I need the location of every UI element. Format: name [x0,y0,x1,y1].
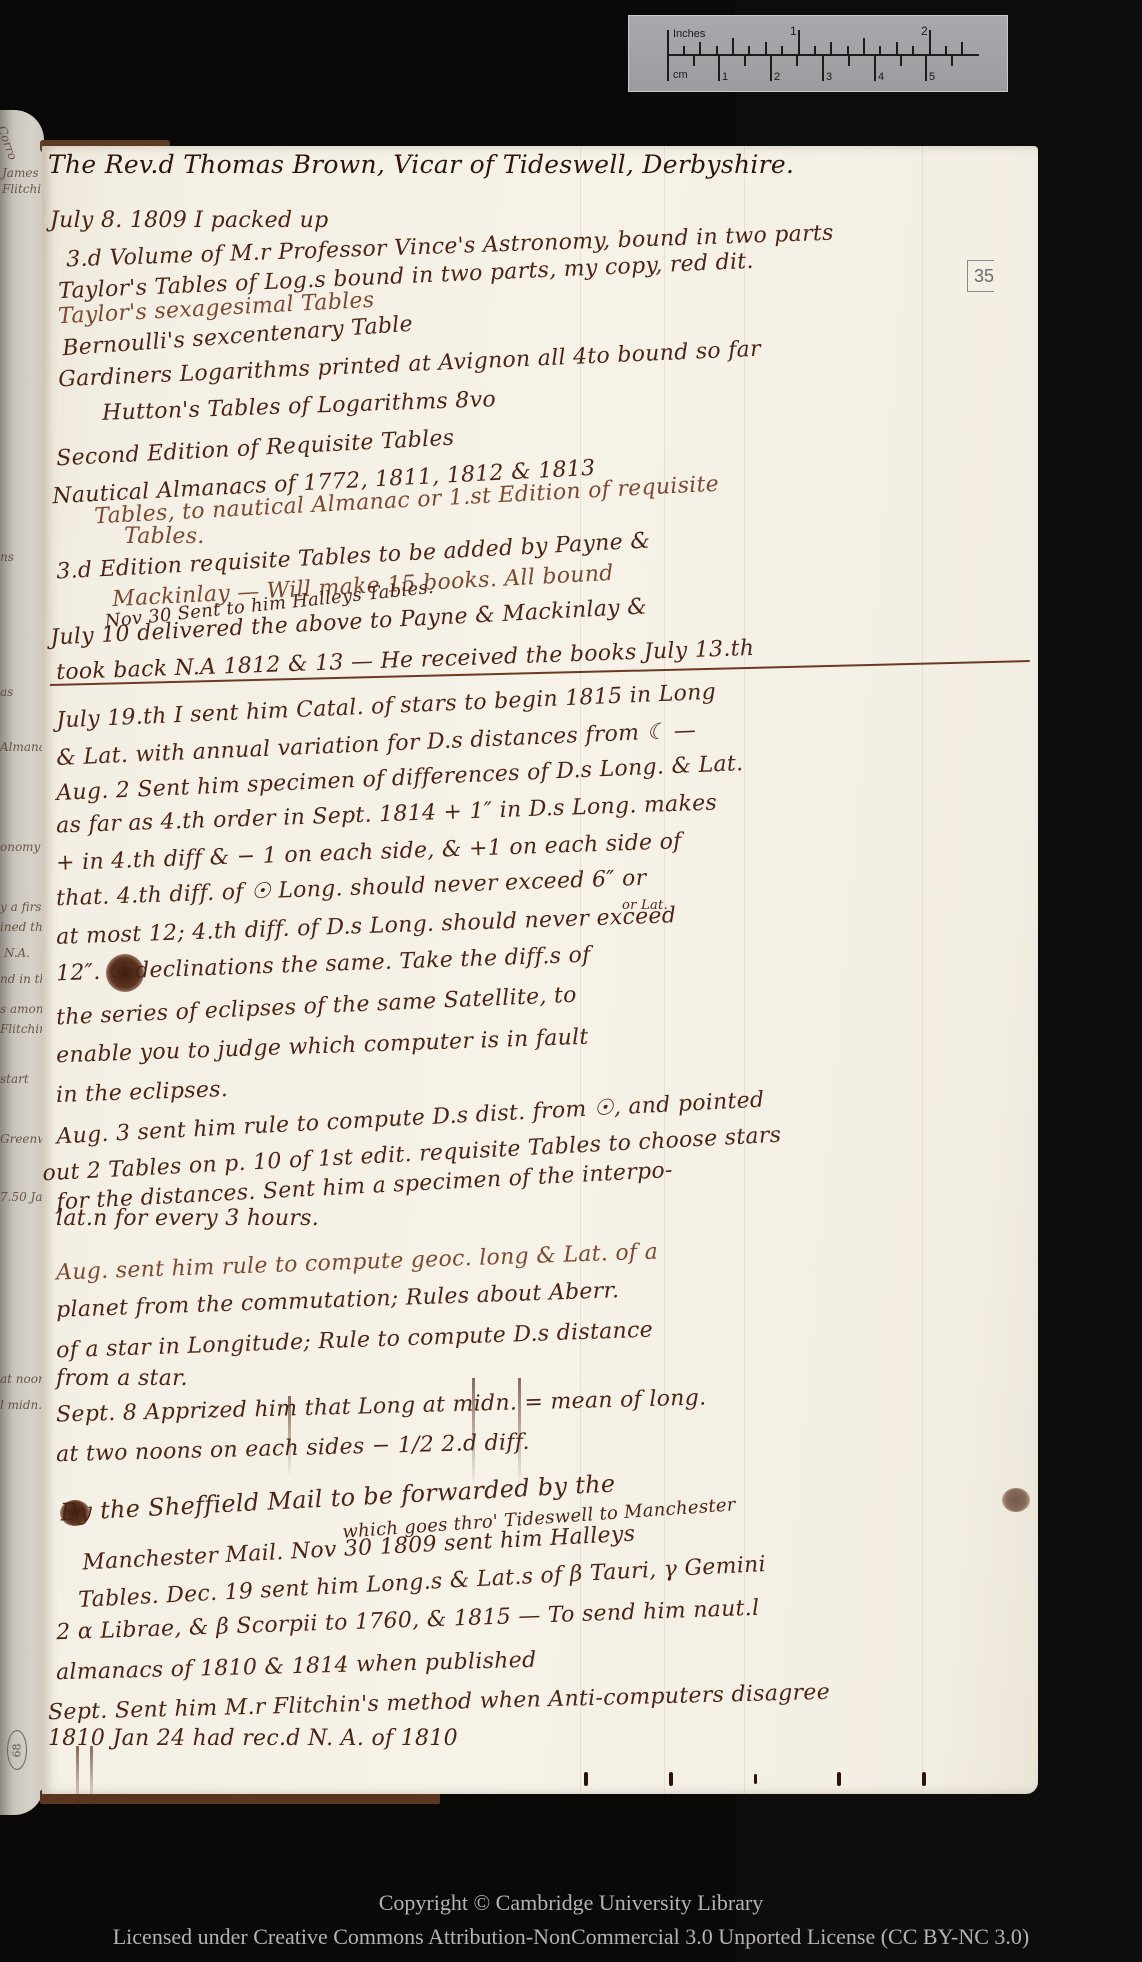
ink-drip [90,1746,93,1806]
folio-number: 35 [967,260,994,292]
manuscript-line: from a star. [56,1366,188,1391]
manuscript-line: lat.n for every 3 hours. [56,1206,319,1231]
manuscript-line: Tables. [124,524,205,549]
ink-mark [837,1772,841,1786]
ink-drip [288,1396,291,1476]
ruler-cm-label: cm [673,70,688,81]
ink-mark [584,1772,588,1786]
manuscript-line: Sept. Sent him M.r Flitchin's method whe… [48,1680,831,1725]
ruler-cm-mark: 1 [722,72,728,83]
ink-blot [1002,1488,1030,1512]
margin-fragment: at noon [0,1372,46,1386]
margin-fragment: N.A. [4,946,30,960]
ink-drip [76,1746,79,1816]
page-heading: The Rev.d Thomas Brown, Vicar of Tideswe… [48,150,794,179]
ruler-inch-mark: 2 [921,25,928,37]
scale-ruler: Inches cm 1 2 1 2 3 4 5 [628,15,1008,92]
manuscript-line: the series of eclipses of the same Satel… [56,983,577,1031]
manuscript-line: in the eclipses. [56,1077,229,1108]
ruler-cm-mark: 2 [774,72,780,83]
margin-fragment: as [0,685,13,699]
ruler-inch-mark: 1 [790,25,797,37]
margin-fragment: l midn. [0,1398,42,1412]
manuscript-line: Sept. 8 Apprized him that Long at midn. … [56,1385,707,1427]
ink-drip [518,1378,521,1488]
margin-fragment: start [0,1072,29,1086]
ruler-cm-mark: 3 [826,72,832,83]
ink-drip [472,1378,475,1488]
copyright-notice: Copyright © Cambridge University Library [0,1890,1142,1916]
previous-page-edge: Corro James Flitchin ns as Almanac onomy… [0,110,44,1815]
manuscript-line: enable you to judge which computer is in… [56,1025,589,1069]
manuscript-page: 35 The Rev.d Thomas Brown, Vicar of Tide… [42,146,1038,1794]
margin-fragment: Corro [0,124,20,162]
manuscript-line: planet from the commutation; Rules about… [56,1278,620,1323]
margin-fragment: onomy [0,840,40,854]
ink-mark [922,1772,926,1786]
ruler-cm-mark: 4 [878,72,884,83]
manuscript-line: 12″. ☉ declinations the same. Take the d… [56,943,591,987]
license-notice: Licensed under Creative Commons Attribut… [0,1924,1142,1950]
margin-fragment: James [2,166,39,180]
manuscript-line: at two noons on each sides − 1/2 2.d dif… [56,1430,530,1467]
margin-fragment: Flitchin [0,1022,47,1036]
ink-mark [754,1774,757,1784]
manuscript-line: 1810 Jan 24 had rec.d N. A. of 1810 [48,1726,458,1751]
manuscript-line: of a star in Longitude; Rule to compute … [56,1318,654,1364]
manuscript-line: Aug. sent him rule to compute geoc. long… [56,1239,659,1285]
manuscript-line: July 8. 1809 I packed up [50,208,329,233]
previous-page-folio-number: 68 [7,1730,27,1770]
manuscript-line: Hutton's Tables of Logarithms 8vo [102,387,497,426]
manuscript-line: Second Edition of Requisite Tables [56,426,455,472]
ink-mark [669,1772,673,1786]
ruler-cm-mark: 5 [929,72,935,83]
margin-fragment: y a first [0,900,46,914]
margin-fragment: ns [0,550,14,564]
ruler-inches-label: Inches [673,29,705,40]
manuscript-line: almanacs of 1810 & 1814 when published [56,1648,537,1686]
